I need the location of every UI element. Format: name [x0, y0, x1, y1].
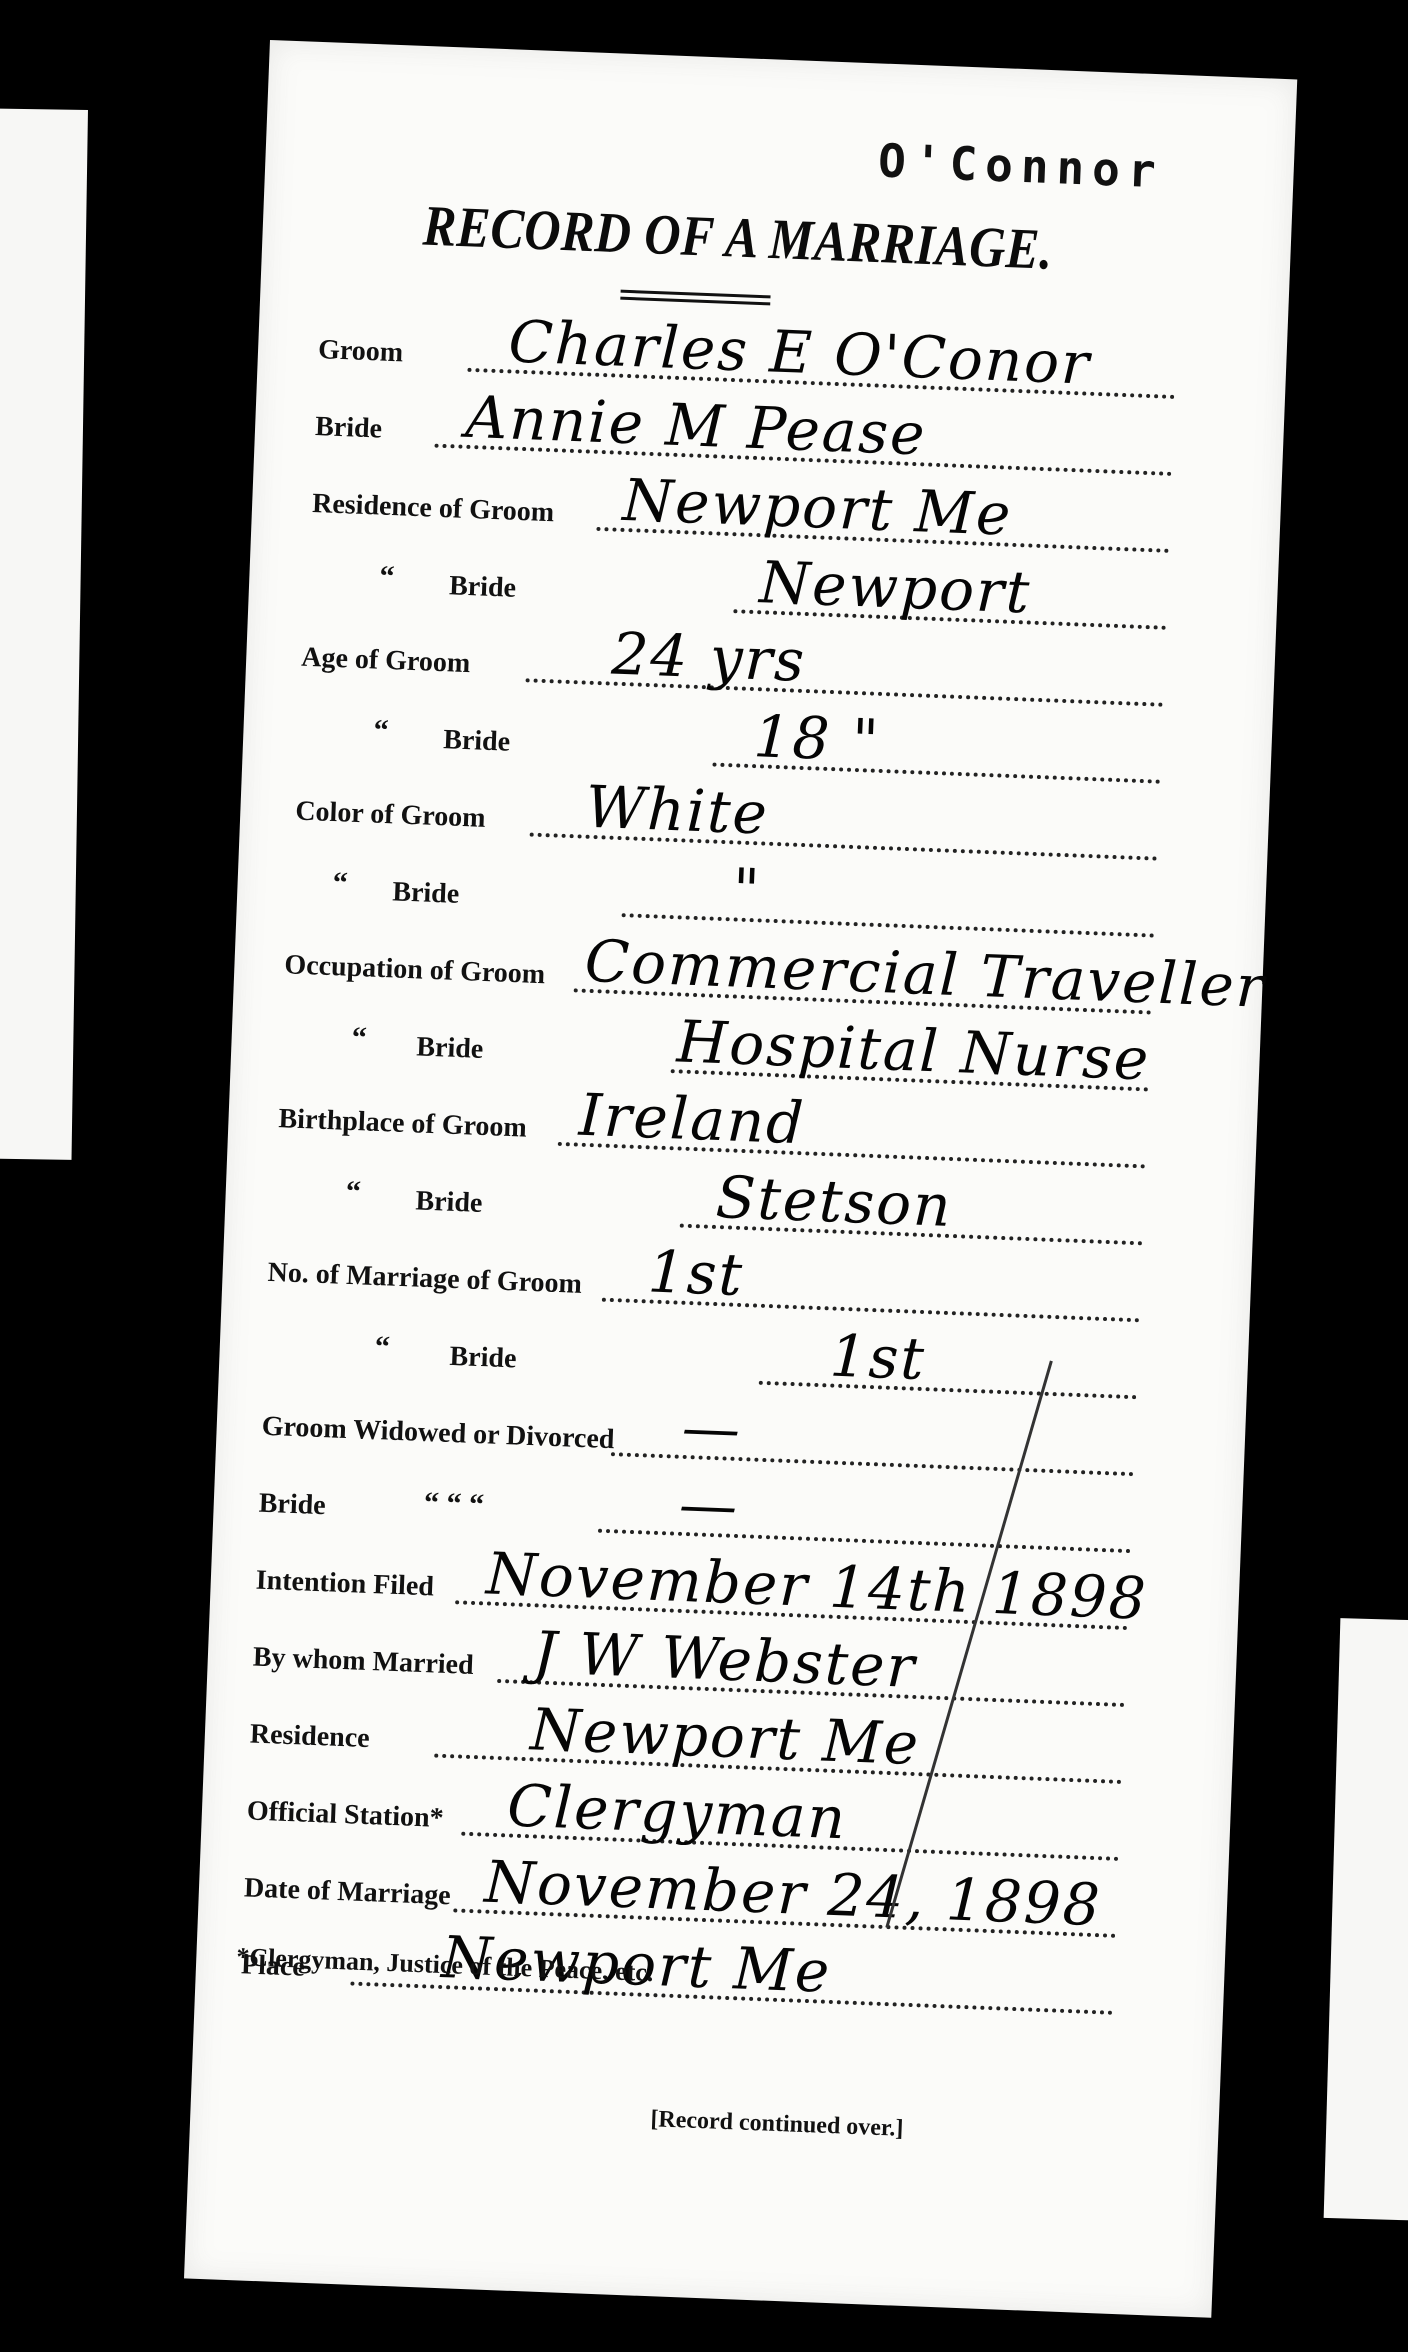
- surname-annotation: O'Connor: [877, 133, 1164, 198]
- continued-note: [Record continued over.]: [650, 2106, 904, 2143]
- title-rule: [620, 290, 770, 306]
- handwritten-value: 1st: [829, 1321, 928, 1393]
- ditto-mark: “ “ “: [423, 1486, 484, 1522]
- field-label: Groom Widowed or Divorced: [261, 1411, 615, 1457]
- adjacent-card-right: [1324, 1618, 1408, 2222]
- handwritten-value: Newport Me: [621, 466, 1013, 549]
- marriage-record-card: O'Connor RECORD OF A MARRIAGE. GroomChar…: [184, 40, 1297, 2318]
- field-label: Bride: [415, 1185, 483, 1220]
- handwritten-value: Ireland: [578, 1081, 807, 1158]
- ditto-mark: “: [379, 560, 395, 595]
- field-label: Groom: [318, 334, 404, 369]
- handwritten-value: —: [678, 1470, 741, 1540]
- field-label: By whom Married: [252, 1642, 474, 1682]
- ditto-mark: “: [374, 1330, 390, 1365]
- handwritten-value: Clergyman: [506, 1771, 848, 1852]
- field-label: Color of Groom: [295, 796, 486, 835]
- field-label: Residence: [249, 1718, 370, 1755]
- handwritten-value: White: [584, 773, 770, 848]
- field-label: Residence of Groom: [312, 488, 555, 529]
- handwritten-value: ": [731, 855, 762, 924]
- handwritten-value: Newport Me: [529, 1695, 921, 1778]
- field-label: Intention Filed: [255, 1565, 434, 1604]
- field-label: Official Station*: [246, 1795, 444, 1835]
- field-label: Bride: [258, 1488, 326, 1523]
- ditto-mark: “: [373, 713, 389, 748]
- ditto-mark: “: [351, 1021, 367, 1056]
- field-label: Occupation of Groom: [284, 949, 546, 991]
- ditto-mark: “: [345, 1175, 361, 1210]
- record-fields: GroomCharles E O'ConorBrideAnnie M Pease…: [260, 300, 1287, 339]
- field-label: No. of Marriage of Groom: [267, 1257, 582, 1301]
- handwritten-value: 24 yrs: [610, 620, 807, 695]
- field-label: Bride: [315, 411, 383, 446]
- record-title: RECORD OF A MARRIAGE.: [422, 192, 1054, 283]
- adjacent-card-left: [0, 108, 88, 1160]
- handwritten-value: Stetson: [715, 1163, 954, 1240]
- handwritten-value: 1st: [647, 1237, 746, 1309]
- ditto-mark: “: [332, 866, 348, 901]
- fill-line: [759, 1381, 1137, 1400]
- handwritten-value: J W Webster: [532, 1618, 918, 1701]
- field-label: Date of Marriage: [243, 1872, 451, 1912]
- field-label: Bride: [416, 1031, 484, 1066]
- handwritten-value: Newport: [758, 548, 1032, 626]
- field-label: Bride: [449, 570, 517, 605]
- field-label: Birthplace of Groom: [278, 1103, 527, 1145]
- handwritten-value: Charles E O'Conor: [507, 307, 1092, 397]
- handwritten-value: —: [681, 1393, 744, 1463]
- field-label: Age of Groom: [301, 642, 471, 680]
- handwritten-value: 18 ": [752, 702, 881, 775]
- field-label: Bride: [443, 724, 511, 759]
- field-label: Bride: [449, 1341, 517, 1376]
- field-label: Bride: [392, 876, 460, 911]
